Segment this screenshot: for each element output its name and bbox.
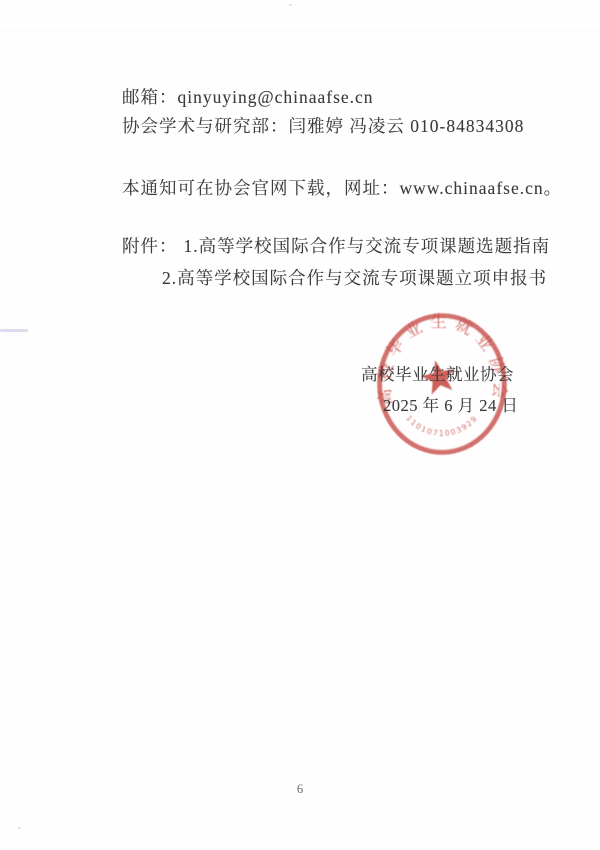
email-line: 邮箱：qinyuying@chinaafse.cn: [122, 87, 374, 108]
page-number: 6: [0, 782, 600, 797]
attachment-line-2: 2.高等学校国际合作与交流专项课题立项申报书: [162, 268, 547, 289]
scan-artifact: [289, 4, 292, 6]
attachment-item-1: 1.高等学校国际合作与交流专项课题选题指南: [184, 236, 551, 257]
scan-artifact: [0, 838, 600, 839]
attachment-label: 附件：: [122, 236, 178, 257]
document-page: 邮箱：qinyuying@chinaafse.cn 协会学术与研究部：闫雅婷 冯…: [0, 0, 600, 850]
scan-artifact: [0, 329, 28, 332]
download-notice-line: 本通知可在协会官网下载，网址：www.chinaafse.cn。: [122, 178, 562, 199]
seal-serial-number: 1101071003929: [404, 414, 479, 438]
scan-artifact: [0, 15, 600, 16]
attachment-line-1: 附件： 1.高等学校国际合作与交流专项课题选题指南: [122, 236, 550, 257]
department-contact-line: 协会学术与研究部：闫雅婷 冯凌云 010-84834308: [122, 116, 524, 137]
scan-artifact: [18, 827, 21, 829]
signing-date: 2025 年 6 月 24 日: [383, 392, 518, 416]
signing-organization: 高校毕业生就业协会: [361, 361, 514, 385]
scan-artifact: [0, 31, 600, 32]
scan-artifact: [0, 814, 600, 815]
scan-artifact: [0, 4, 600, 5]
